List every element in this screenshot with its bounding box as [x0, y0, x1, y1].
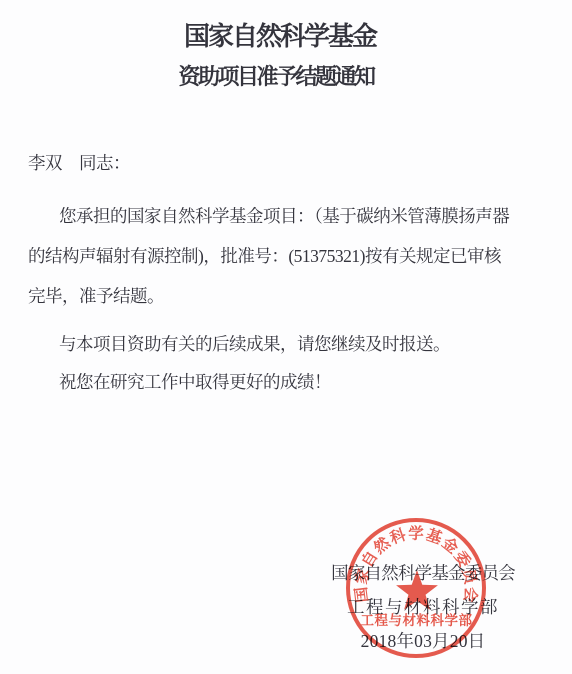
seal-arc-char: 科	[387, 524, 408, 547]
signature-org: 国家自然科学基金委员会	[303, 556, 543, 590]
paragraph-followup-results: 与本项目资助有关的后续成果，请您继续及时报送。	[28, 324, 528, 364]
letter-title: 国家自然科学基金	[0, 16, 560, 53]
seal-arc-char: 然	[370, 533, 394, 558]
signature-dept: 工程与材料科学部	[303, 590, 543, 624]
paragraph-line: 您承担的国家自然科学基金项目：（基于碳纳米管薄膜扬声器	[28, 196, 528, 236]
letter-subtitle: 资助项目准予结题通知	[0, 60, 552, 91]
paragraph-line: 完毕，准予结题。	[28, 276, 528, 316]
paragraph-line: 祝您在研究工作中取得更好的成绩！	[28, 362, 528, 402]
seal-arc-char: 金	[438, 533, 462, 558]
salutation: 李双 同志：	[28, 150, 130, 175]
seal-arc-char: 学	[408, 524, 424, 543]
paragraph-line: 与本项目资助有关的后续成果，请您继续及时报送。	[28, 324, 528, 364]
scanned-letter-page: 国家自然科学基金 资助项目准予结题通知 李双 同志： 您承担的国家自然科学基金项…	[0, 0, 572, 674]
seal-arc-char: 基	[424, 526, 445, 548]
signature-date: 2018年03月20日	[303, 624, 543, 658]
paragraph-wishes: 祝您在研究工作中取得更好的成绩！	[28, 362, 528, 402]
paragraph-line: 的结构声辐射有源控制)，批准号：(51375321)按有关规定已审核	[28, 236, 528, 276]
signature-block: 国家自然科学基金委员会 工程与材料科学部 2018年03月20日	[303, 556, 543, 658]
paragraph-project-approval: 您承担的国家自然科学基金项目：（基于碳纳米管薄膜扬声器 的结构声辐射有源控制)，…	[28, 196, 528, 316]
